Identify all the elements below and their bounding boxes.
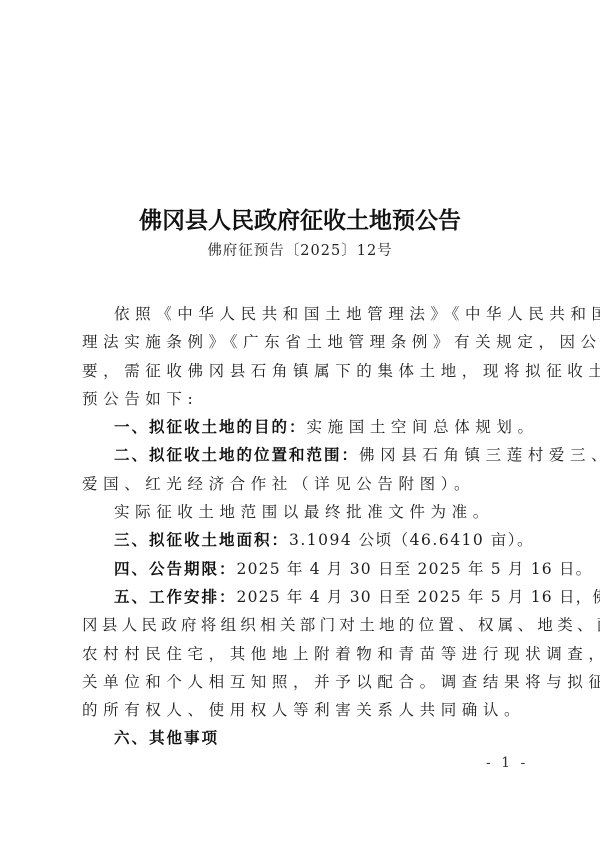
section-text: 2025 年 4 月 30 日至 2025 年 5 月 16 日。 <box>237 560 593 578</box>
document-number: 佛府征预告〔2025〕12号 <box>0 240 600 262</box>
section-text: 佛冈县石角镇三莲村爱三、 <box>359 446 600 464</box>
text-line: 冈县人民政府将组织相关部门对土地的位置、权属、地类、面积， <box>82 611 524 639</box>
text-line: 爱国、红光经济合作社（详见公告附图）。 <box>82 470 524 498</box>
section-location: 二、拟征收土地的位置和范围：佛冈县石角镇三莲村爱三、 爱国、红光经济合作社（详见… <box>82 441 524 498</box>
section-text: 3.1094 公顷（46.6410 亩）。 <box>289 531 534 549</box>
text-line: 预公告如下: <box>82 385 524 413</box>
intro-paragraph: 依照《中华人民共和国土地管理法》《中华人民共和国土地管 理法实施条例》《广东省土… <box>82 300 524 413</box>
section-heading: 六、其他事项 <box>114 729 219 747</box>
scope-note: 实际征收土地范围以最终批准文件为准。 <box>82 498 524 526</box>
section-text: 实施国土空间总体规划。 <box>307 418 539 436</box>
text-line: 理法实施条例》《广东省土地管理条例》有关规定，因公共利益需 <box>82 328 524 356</box>
section-heading: 四、公告期限： <box>114 560 237 578</box>
page-number: - 1 - <box>486 755 528 771</box>
text-line: 实际征收土地范围以最终批准文件为准。 <box>82 498 524 526</box>
text-line: 的所有权人、使用权人等利害关系人共同确认。 <box>82 696 524 724</box>
text-line: 要，需征收佛冈县石角镇属下的集体土地，现将拟征收土地情况 <box>82 357 524 385</box>
text-line: 关单位和个人相互知照，并予以配合。调查结果将与拟征收土地 <box>82 668 524 696</box>
section-text: 2025 年 4 月 30 日至 2025 年 5 月 16 日，佛 <box>237 588 600 606</box>
section-period: 四、公告期限：2025 年 4 月 30 日至 2025 年 5 月 16 日。 <box>82 555 524 583</box>
section-other-matters: 六、其他事项 <box>82 724 524 752</box>
section-heading: 五、工作安排： <box>114 588 237 606</box>
section-purpose: 一、拟征收土地的目的：实施国土空间总体规划。 <box>82 413 524 441</box>
section-heading: 一、拟征收土地的目的： <box>114 418 307 436</box>
document-page: 佛冈县人民政府征收土地预公告 佛府征预告〔2025〕12号 依照《中华人民共和国… <box>0 0 600 848</box>
section-work-arrangement: 五、工作安排：2025 年 4 月 30 日至 2025 年 5 月 16 日，… <box>82 583 524 724</box>
section-heading: 二、拟征收土地的位置和范围： <box>114 446 359 464</box>
text-line: 依照《中华人民共和国土地管理法》《中华人民共和国土地管 <box>82 300 524 328</box>
section-heading: 三、拟征收土地面积： <box>114 531 289 549</box>
text-line: 农村村民住宅，其他地上附着物和青苗等进行现状调查，请各相 <box>82 640 524 668</box>
document-body: 依照《中华人民共和国土地管理法》《中华人民共和国土地管 理法实施条例》《广东省土… <box>82 300 524 753</box>
section-area: 三、拟征收土地面积：3.1094 公顷（46.6410 亩）。 <box>82 526 524 554</box>
page-title: 佛冈县人民政府征收土地预公告 <box>0 205 600 237</box>
